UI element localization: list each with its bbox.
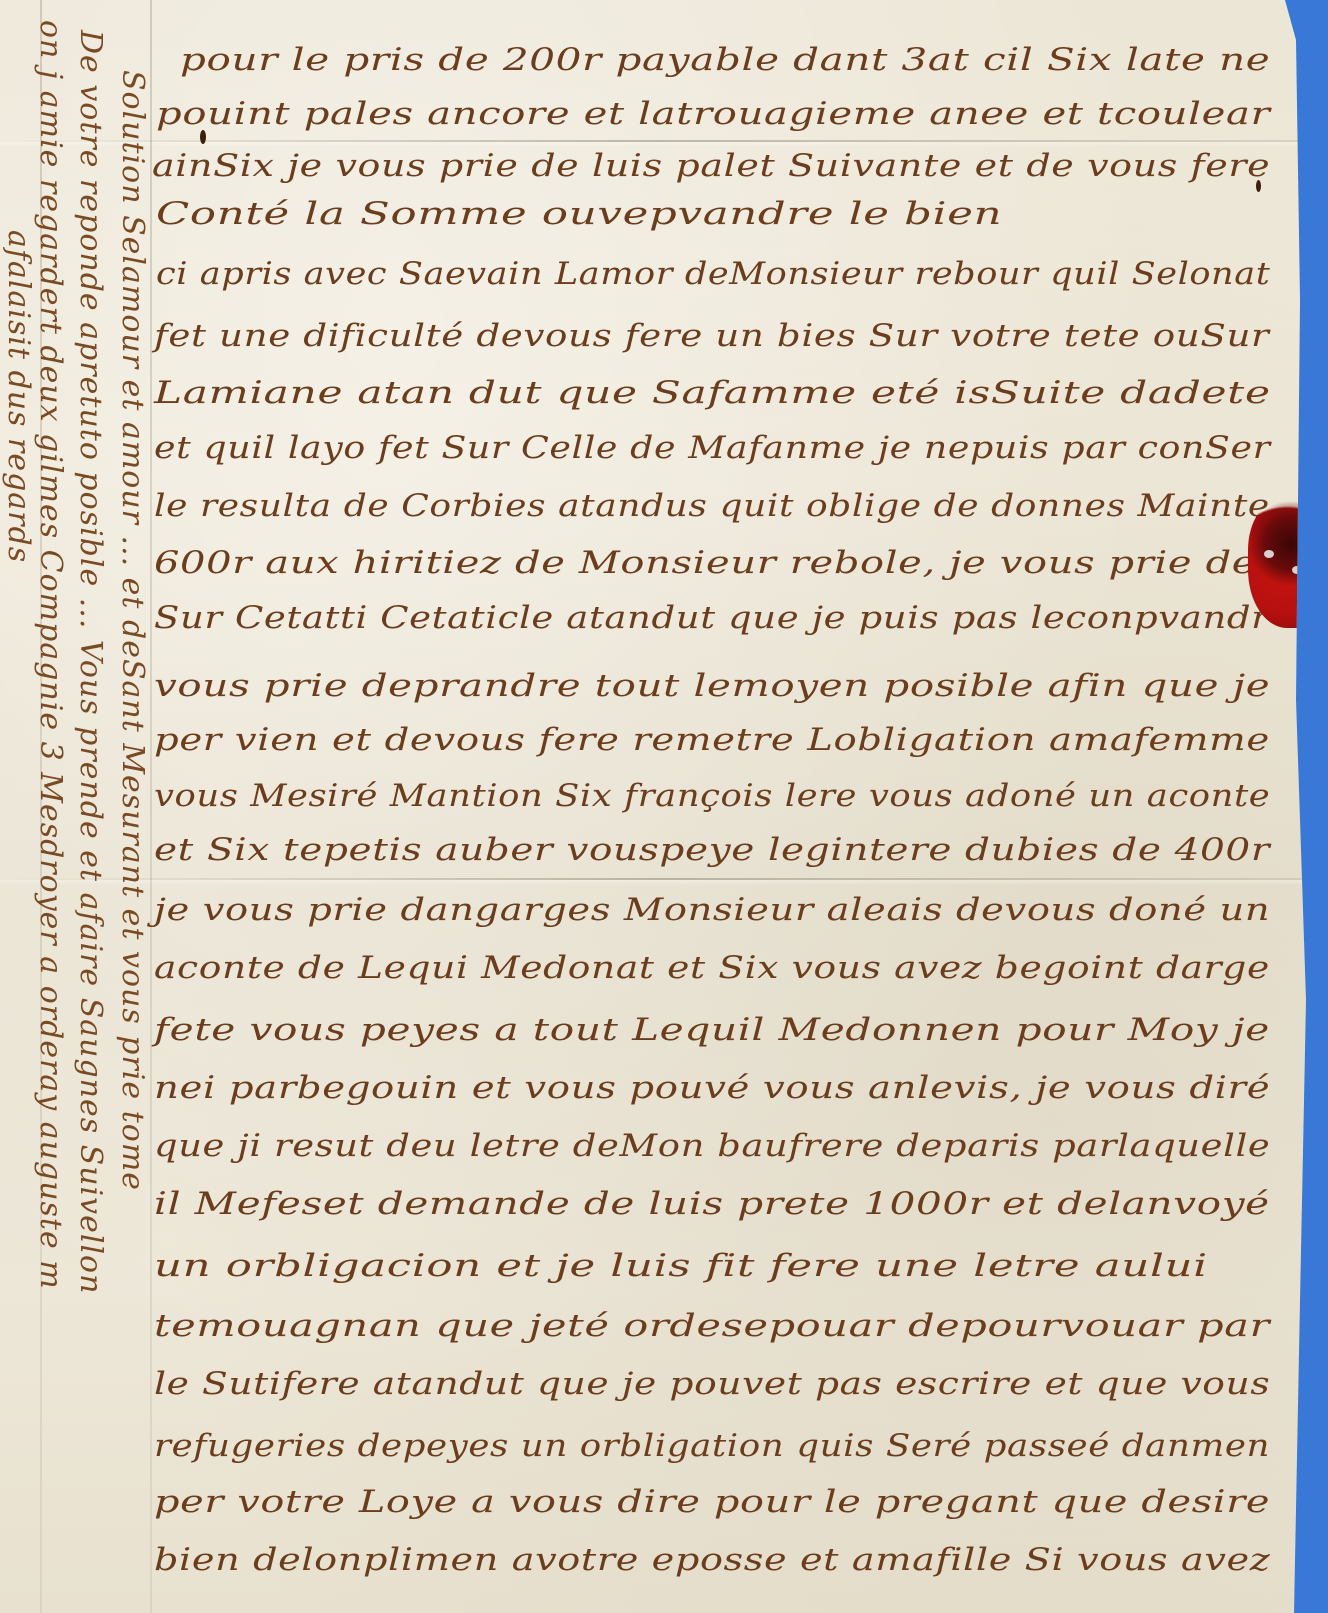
letter-line: pour le pris de 200r payable dant 3at ci… — [180, 42, 1270, 78]
margin-text-line: De votre reponde apretuto posible ... Vo… — [73, 30, 108, 1294]
letter-line: 600r aux hiritiez de Monsieur rebole, je… — [154, 545, 1269, 581]
letter-line: Sur Cetatti Cetaticle atandut que je pui… — [154, 600, 1269, 636]
margin-text-line: afalaisit dus regards — [1, 230, 36, 563]
letter-line: fete vous peyes a tout Lequil Medonnen p… — [154, 1012, 1270, 1048]
letter-line: le resulta de Corbies atandus quit oblig… — [154, 488, 1270, 524]
letter-page: Solution Selamour et amour ... et deSant… — [0, 0, 1312, 1613]
letter-line: refugeries depeyes un orbligation quis S… — [154, 1428, 1270, 1464]
letter-line: vous prie deprandre tout lemoyen posible… — [154, 668, 1270, 704]
letter-line: il Mefeset demande de luis prete 1000r e… — [154, 1186, 1270, 1222]
fold-crease — [150, 0, 152, 1613]
margin-text-line: on j amie regardert deux gilmes Compagni… — [33, 20, 68, 1290]
letter-line: que ji resut deu letre deMon baufrere de… — [154, 1128, 1270, 1164]
seal-spot — [1292, 566, 1302, 574]
letter-line: et Six tepetis auber vouspeye legintere … — [154, 832, 1270, 868]
letter-line: et quil layo fet Sur Celle de Mafanme je… — [154, 430, 1271, 466]
letter-line: temouagnan que jeté ordesepouar depourvo… — [154, 1308, 1270, 1344]
letter-line: je vous prie dangarges Monsieur aleais d… — [154, 892, 1270, 928]
letter-line: Lamiane atan dut que Safamme eté isSuite… — [154, 375, 1271, 411]
letter-line: le Sutifere atandut que je pouvet pas es… — [154, 1366, 1270, 1402]
letter-line: nei parbegouin et vous pouvé vous anlevi… — [154, 1070, 1270, 1106]
letter-line: Conté la Somme ouvepvandre le bien — [156, 196, 1002, 232]
letter-line: aconte de Lequi Medonat et Six vous avez… — [154, 950, 1270, 986]
letter-line: fet une dificulté devous fere un bies Su… — [154, 318, 1269, 354]
fold-crease — [0, 140, 1312, 142]
fold-crease — [0, 878, 1312, 880]
ink-blot — [1256, 180, 1261, 192]
letter-line: per votre Loye a vous dire pour le prega… — [154, 1484, 1270, 1520]
letter-line: un orbligacion et je luis fit fere une l… — [154, 1248, 1208, 1284]
seal-spot — [1264, 550, 1274, 558]
letter-line: pouint pales ancore et latrouagieme anee… — [156, 96, 1270, 132]
letter-line: per vien et devous fere remetre Lobligat… — [154, 722, 1270, 758]
letter-line: vous Mesiré Mantion Six françois lere vo… — [154, 778, 1270, 814]
letter-line: bien delonplimen avotre eposse et amafil… — [154, 1542, 1271, 1578]
wax-seal — [1248, 498, 1326, 628]
ink-blot — [200, 130, 206, 144]
letter-line: ainSix je vous prie de luis palet Suivan… — [152, 148, 1270, 184]
letter-line: ci apris avec Saevain Lamor deMonsieur r… — [156, 256, 1270, 292]
margin-text-line: Solution Selamour et amour ... et deSant… — [115, 70, 150, 1191]
